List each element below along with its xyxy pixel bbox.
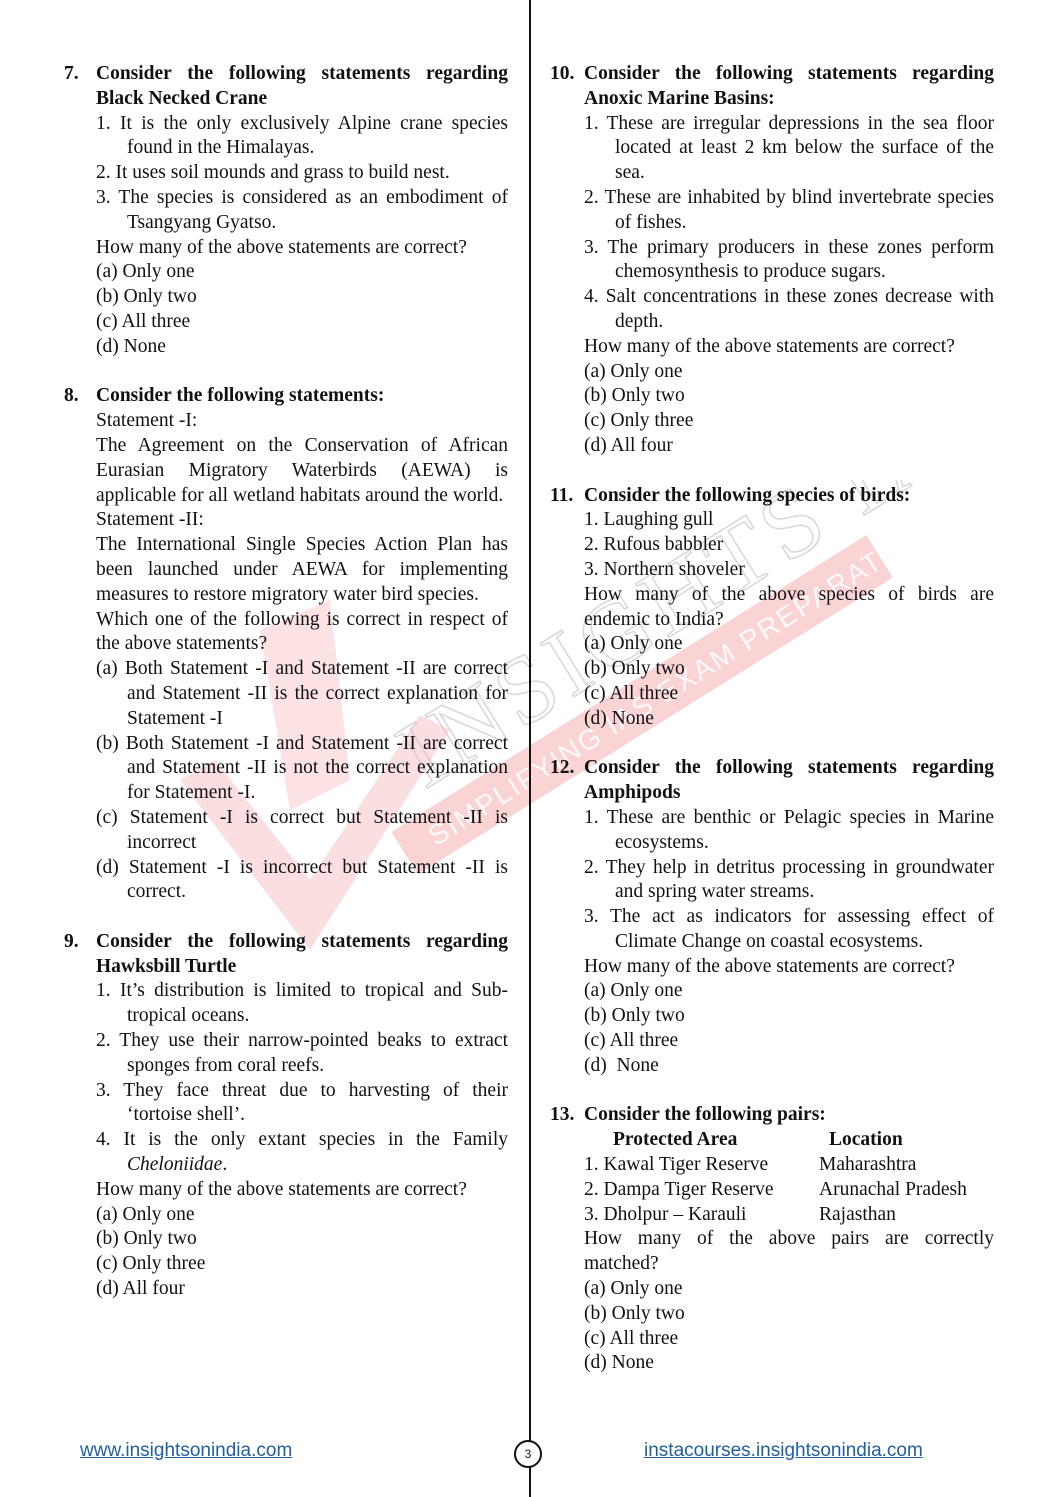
question-prompt: How many of the above statements are cor…	[584, 335, 994, 360]
question-13: 13.Consider the following pairs: Protect…	[550, 1103, 994, 1376]
statement: 4. Salt concentrations in these zones de…	[584, 285, 994, 335]
option-c: (c) All three	[96, 310, 508, 335]
question-11: 11.Consider the following species of bir…	[550, 484, 994, 732]
statement: 1. These are irregular depressions in th…	[584, 112, 994, 186]
statement-text: The International Single Species Action …	[96, 533, 508, 607]
statement-label: Statement -II:	[96, 508, 508, 533]
column-header-protected-area: Protected Area	[584, 1128, 829, 1153]
list-item: 2. Rufous babbler	[584, 533, 994, 558]
table-row: 1. Kawal Tiger Reserve Maharashtra	[584, 1153, 994, 1178]
statement: 2. It uses soil mounds and grass to buil…	[96, 161, 508, 186]
list-item: 1. Laughing gull	[584, 508, 994, 533]
statement: 3. The species is considered as an embod…	[96, 186, 508, 236]
question-prompt: How many of the above species of birds a…	[584, 583, 994, 633]
option-a: (a) Only one	[584, 1277, 994, 1302]
option-d: (d) None	[584, 707, 994, 732]
statement: 1. It is the only exclusively Alpine cra…	[96, 112, 508, 162]
statement-text: The Agreement on the Conservation of Afr…	[96, 434, 508, 508]
option-c: (c) All three	[584, 682, 994, 707]
question-12: 12.Consider the following statements reg…	[550, 756, 994, 1078]
option-c: (c) All three	[584, 1029, 994, 1054]
option-a: (a) Only one	[96, 1203, 508, 1228]
question-title: 9.Consider the following statements rega…	[64, 930, 508, 980]
option-b: (b) Only two	[584, 1302, 994, 1327]
question-8: 8.Consider the following statements: Sta…	[64, 384, 508, 905]
question-title: 12.Consider the following statements reg…	[550, 756, 994, 806]
option-b: (b) Only two	[584, 657, 994, 682]
courses-link[interactable]: instacourses.insightsonindia.com	[644, 1440, 923, 1462]
option-c: (c) All three	[584, 1327, 994, 1352]
question-7: 7.Consider the following statements rega…	[64, 62, 508, 360]
option-d: (d) All four	[584, 434, 994, 459]
website-link[interactable]: www.insightsonindia.com	[80, 1440, 292, 1462]
pairs-table-header: Protected Area Location	[584, 1128, 994, 1153]
option-c: (c) Only three	[96, 1252, 508, 1277]
statement: 3. They face threat due to harvesting of…	[96, 1079, 508, 1129]
statement: 2. They use their narrow-pointed beaks t…	[96, 1029, 508, 1079]
left-column: 7.Consider the following statements rega…	[64, 62, 508, 1327]
question-prompt: How many of the above pairs are correctl…	[584, 1227, 994, 1277]
question-prompt: How many of the above statements are cor…	[584, 955, 994, 980]
question-title: 13.Consider the following pairs:	[550, 1103, 994, 1128]
option-a: (a) Both Statement -I and Statement -II …	[96, 657, 508, 731]
statement-label: Statement -I:	[96, 409, 508, 434]
statement: 3. The primary producers in these zones …	[584, 236, 994, 286]
question-title: 11.Consider the following species of bir…	[550, 484, 994, 509]
question-title: 7.Consider the following statements rega…	[64, 62, 508, 112]
option-a: (a) Only one	[96, 260, 508, 285]
table-row: 2. Dampa Tiger Reserve Arunachal Pradesh	[584, 1178, 994, 1203]
question-prompt: How many of the above statements are cor…	[96, 236, 508, 261]
option-c: (c) Only three	[584, 409, 994, 434]
option-d: (d) Statement -I is incorrect but Statem…	[96, 856, 508, 906]
question-9: 9.Consider the following statements rega…	[64, 930, 508, 1302]
option-d: (d) None	[584, 1054, 994, 1079]
statement: 1. These are benthic or Pelagic species …	[584, 806, 994, 856]
option-b: (b) Only two	[96, 1227, 508, 1252]
column-divider	[529, 0, 531, 1497]
option-a: (a) Only one	[584, 360, 994, 385]
option-b: (b) Only two	[584, 384, 994, 409]
column-header-location: Location	[829, 1128, 903, 1153]
option-d: (d) None	[584, 1351, 994, 1376]
option-a: (a) Only one	[584, 632, 994, 657]
option-b: (b) Both Statement -I and Statement -II …	[96, 732, 508, 806]
statement: 3. The act as indicators for assessing e…	[584, 905, 994, 955]
option-c: (c) Statement -I is correct but Statemen…	[96, 806, 508, 856]
option-d: (d) All four	[96, 1277, 508, 1302]
table-row: 3. Dholpur – Karauli Rajasthan	[584, 1203, 994, 1228]
option-d: (d) None	[96, 335, 508, 360]
statement: 2. These are inhabited by blind inverteb…	[584, 186, 994, 236]
option-a: (a) Only one	[584, 979, 994, 1004]
right-column: 10.Consider the following statements reg…	[550, 62, 994, 1401]
question-prompt: Which one of the following is correct in…	[96, 608, 508, 658]
question-prompt: How many of the above statements are cor…	[96, 1178, 508, 1203]
list-item: 3. Northern shoveler	[584, 558, 994, 583]
option-b: (b) Only two	[96, 285, 508, 310]
question-title: 8.Consider the following statements:	[64, 384, 508, 409]
option-b: (b) Only two	[584, 1004, 994, 1029]
statement: 2. They help in detritus processing in g…	[584, 856, 994, 906]
question-title: 10.Consider the following statements reg…	[550, 62, 994, 112]
statement: 1. It’s distribution is limited to tropi…	[96, 979, 508, 1029]
question-10: 10.Consider the following statements reg…	[550, 62, 994, 459]
statement: 4. It is the only extant species in the …	[96, 1128, 508, 1178]
page-number: 3	[514, 1440, 542, 1468]
